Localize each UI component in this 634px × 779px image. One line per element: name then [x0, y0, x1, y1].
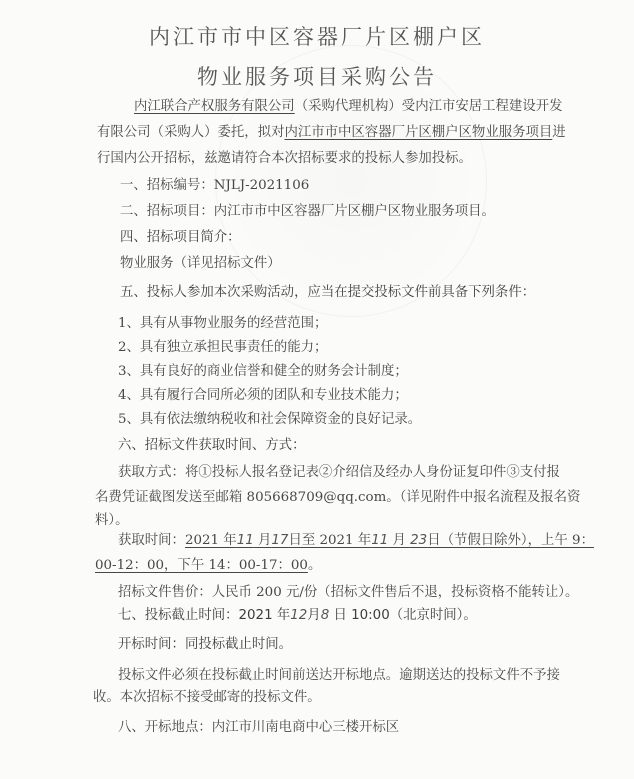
intro-line-1: 内江联合产权服务有限公司（采购代理机构）受内江市安居工程建设开发: [134, 99, 563, 115]
time-text: 2021 年: [185, 533, 237, 548]
condition-2: 2、具有独立承担民事责任的能力；: [118, 340, 327, 356]
method-line-3: 料）。: [95, 513, 128, 529]
deadline-mid: 月: [307, 608, 320, 623]
document-page: 内江市市中区容器厂片区棚户区 物业服务项目采购公告 内江联合产权服务有限公司（采…: [0, 0, 634, 779]
intro-line-3: 行国内公开招标，兹邀请符合本次招标要求的投标人参加投标。: [97, 151, 472, 167]
section-5-heading: 五、投标人参加本次采购活动，应当在提交投标文件前具备下列条件：: [120, 285, 535, 301]
handwritten-month-start: 11: [237, 533, 254, 548]
acquisition-time-line-2: 00-12：00，下午 14：00-17：00。: [95, 558, 321, 574]
condition-3: 3、具有良好的商业信誉和健全的财务会计制度；: [118, 364, 408, 380]
section-6-heading: 六、招标文件获取时间、方式：: [118, 438, 305, 454]
handwritten-deadline-month: 12: [290, 608, 307, 623]
condition-5: 5、具有依法缴纳税收和社会保障资金的良好记录。: [118, 412, 421, 428]
handwritten-deadline-day: 8: [321, 608, 330, 623]
time-text: 日（节假日除外），上午 9：: [427, 533, 594, 548]
method-line-1: 获取方式：将①投标人报名登记表②介绍信及经办人身份证复印件③支付报: [118, 465, 560, 481]
acquisition-time-label: 获取时间：: [118, 533, 185, 548]
time-text: 月: [388, 533, 410, 548]
section-1-bid-number: 一、招标编号：NJLJ-2021106: [120, 178, 309, 194]
deadline-post: 日 10:00（北京时间）。: [329, 608, 477, 623]
project-name: 内江市市中区容器厂片区棚户区物业服务项目: [284, 125, 552, 140]
method-line-2: 名费凭证截图发送至邮箱 805668709@qq.com。（详见附件中报名流程及…: [95, 490, 580, 506]
opening-time: 开标时间：同投标截止时间。: [118, 637, 292, 653]
delivery-line-1: 投标文件必须在投标截止时间前送达开标地点。逾期送达的投标文件不予接: [118, 668, 560, 684]
handwritten-month-end: 11: [371, 533, 388, 548]
time-text: 日至 2021 年: [288, 533, 371, 548]
section-4-body: 物业服务（详见招标文件）: [120, 256, 281, 272]
title-line-1: 内江市市中区容器厂片区棚户区: [0, 21, 634, 51]
intro-line-1-rest: （采购代理机构）受内江市安居工程建设开发: [295, 99, 563, 114]
handwritten-day-end: 23: [410, 533, 427, 548]
section-7-deadline: 七、投标截止时间：2021 年12月8 日 10:00（北京时间）。: [118, 608, 477, 624]
title-line-2: 物业服务项目采购公告: [0, 61, 634, 91]
section-2-bid-project: 二、招标项目：内江市市中区容器厂片区棚户区物业服务项目。: [120, 204, 495, 220]
delivery-line-2: 收。本次招标不接受邮寄的投标文件。: [93, 690, 321, 706]
section-8-opening-location: 八、开标地点：内江市川南电商中心三楼开标区: [118, 720, 399, 736]
agency-name: 内江联合产权服务有限公司: [134, 99, 295, 114]
acquisition-hours: 00-12：00，下午 14：00-17：00: [95, 558, 308, 573]
time-text: 月: [254, 533, 272, 548]
acquisition-time-line-1: 获取时间：2021 年11 月17日至 2021 年11 月 23日（节假日除外…: [118, 533, 594, 549]
acquisition-time-range: 2021 年11 月17日至 2021 年11 月 23日（节假日除外），上午 …: [185, 533, 594, 548]
handwritten-day-start: 17: [271, 533, 288, 548]
document-price: 招标文件售价：人民币 200 元/份（招标文件售后不退，投标资格不能转让）。: [118, 585, 578, 601]
condition-1: 1、具有从事物业服务的经营范围；: [118, 316, 327, 332]
deadline-pre: 七、投标截止时间：2021 年: [118, 608, 290, 623]
intro-line-2: 有限公司（采购人）委托，拟对内江市市中区容器厂片区棚户区物业服务项目进: [97, 125, 566, 141]
intro-line-2-post: 进: [552, 125, 565, 140]
section-4-heading: 四、招标项目简介：: [120, 230, 241, 246]
period: 。: [308, 558, 321, 573]
intro-line-2-pre: 有限公司（采购人）委托，拟对: [97, 125, 284, 140]
condition-4: 4、具有履行合同所必须的团队和专业技术能力；: [118, 388, 408, 404]
